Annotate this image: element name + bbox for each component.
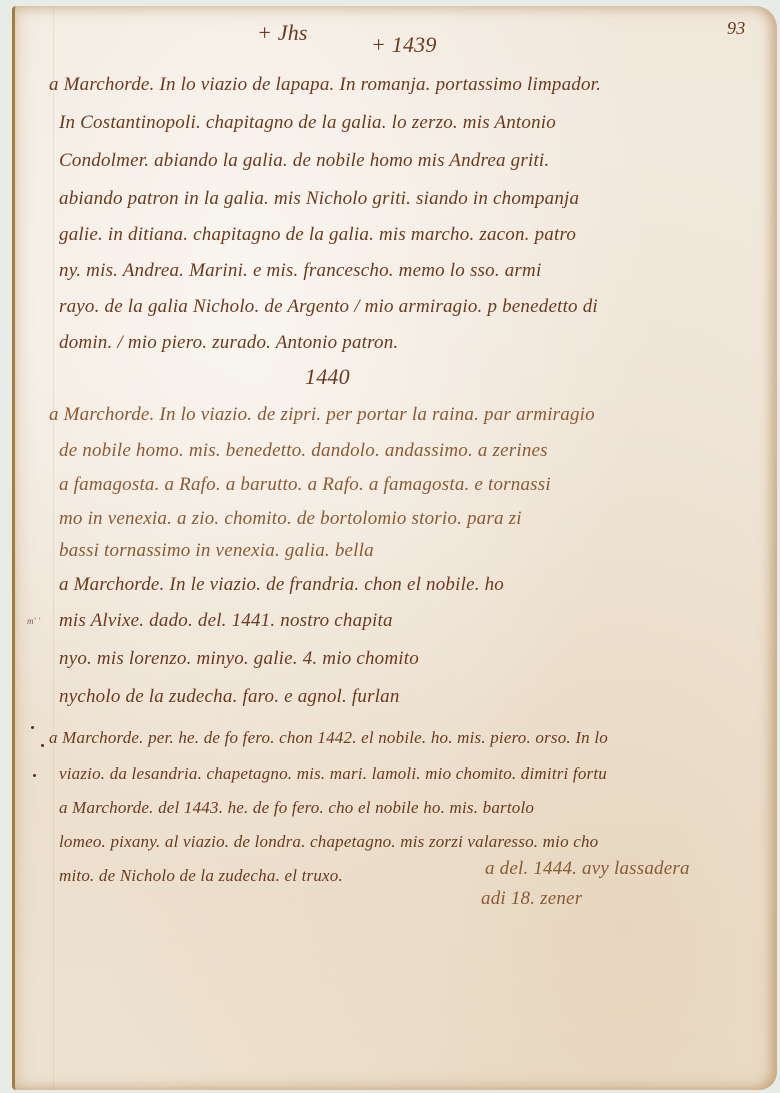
text-line: galie. in ditiana. chapitagno de la gali… xyxy=(59,224,576,246)
text-line: a famagosta. a Rafo. a barutto. a Rafo. … xyxy=(59,474,551,496)
year-heading-1439: + 1439 xyxy=(371,32,437,58)
text-line: a Marchorde. del 1443. he. de fo fero. c… xyxy=(59,798,534,818)
text-line: ny. mis. Andrea. Marini. e mis. francesc… xyxy=(59,260,541,282)
text-line: de nobile homo. mis. benedetto. dandolo.… xyxy=(59,440,548,462)
margin-dot xyxy=(41,744,44,747)
year-heading-1440: 1440 xyxy=(305,364,350,390)
text-line: mis Alvixe. dado. del. 1441. nostro chap… xyxy=(59,610,393,632)
text-line: adi 18. zener xyxy=(481,888,582,910)
folio-number: 93 xyxy=(727,18,745,39)
text-line: a Marchorde. In lo viazio. de zipri. per… xyxy=(49,404,595,426)
margin-dot xyxy=(33,774,36,777)
text-line: a del. 1444. avy lassadera xyxy=(485,858,690,880)
invocation-heading: + Jhs xyxy=(257,20,308,46)
text-line: lomeo. pixany. al viazio. de londra. cha… xyxy=(59,832,598,852)
text-line: a Marchorde. In le viazio. de frandria. … xyxy=(59,574,504,596)
text-line: domin. / mio piero. zurado. Antonio patr… xyxy=(59,332,398,354)
text-line: mito. de Nicholo de la zudecha. el truxo… xyxy=(59,866,343,886)
text-line: a Marchorde. per. he. de fo fero. chon 1… xyxy=(49,728,608,748)
text-line: In Costantinopoli. chapitagno de la gali… xyxy=(59,112,556,134)
text-line: rayo. de la galia Nicholo. de Argento / … xyxy=(59,296,598,318)
text-line: bassi tornassimo in venexia. galia. bell… xyxy=(59,540,374,562)
text-line: mo in venexia. a zio. chomito. de bortol… xyxy=(59,508,522,530)
text-line: a Marchorde. In lo viazio de lapapa. In … xyxy=(49,74,601,96)
text-line: nycholo de la zudecha. faro. e agnol. fu… xyxy=(59,686,400,708)
text-line: nyo. mis lorenzo. minyo. galie. 4. mio c… xyxy=(59,648,419,670)
text-line: Condolmer. abiando la galia. de nobile h… xyxy=(59,150,549,172)
text-line: abiando patron in la galia. mis Nicholo … xyxy=(59,188,579,210)
manuscript-page: 93 + Jhs + 1439 a Marchorde. In lo viazi… xyxy=(12,6,777,1090)
margin-dot xyxy=(31,726,34,729)
text-line: viazio. da lesandria. chapetagno. mis. m… xyxy=(59,764,607,784)
margin-note: m' ' xyxy=(27,616,40,626)
